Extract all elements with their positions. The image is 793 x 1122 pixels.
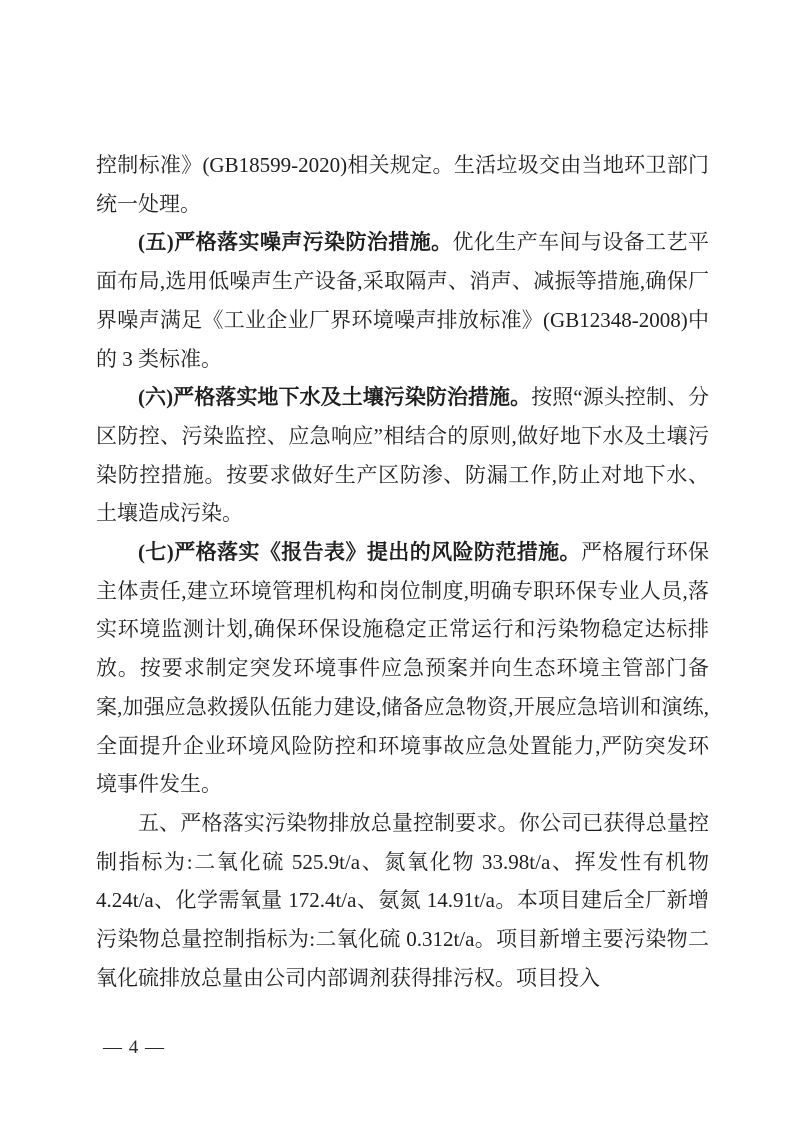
document-page: 控制标准》(GB18599-2020)相关规定。生活垃圾交由当地环卫部门统一处理… (0, 0, 793, 1122)
paragraph-section-5-total-emission-control: 五、严格落实污染物排放总量控制要求。你公司已获得总量控制指标为:二氧化硫 525… (96, 804, 709, 998)
paragraph-text: 五、严格落实污染物排放总量控制要求。你公司已获得总量控制指标为:二氧化硫 525… (96, 811, 709, 990)
paragraph-heading-text: (六)严格落实地下水及土壤污染防治措施。 (138, 385, 531, 409)
paragraph-heading-text: (五)严格落实噪声污染防治措施。 (138, 230, 453, 254)
paragraph-text: 严格履行环保主体责任,建立环境管理机构和岗位制度,明确专职环保专业人员,落实环境… (96, 540, 709, 796)
page-number: — 4 — (103, 1036, 165, 1060)
paragraph-item-6-groundwater-soil: (六)严格落实地下水及土壤污染防治措施。按照“源头控制、分区防控、污染监控、应急… (96, 378, 709, 533)
paragraph-item-7-risk-prevention: (七)严格落实《报告表》提出的风险防范措施。严格履行环保主体责任,建立环境管理机… (96, 533, 709, 804)
document-body: 控制标准》(GB18599-2020)相关规定。生活垃圾交由当地环卫部门统一处理… (96, 146, 709, 997)
paragraph-text: 控制标准》(GB18599-2020)相关规定。生活垃圾交由当地环卫部门统一处理… (96, 153, 709, 216)
paragraph-heading-text: (七)严格落实《报告表》提出的风险防范措施。 (138, 540, 581, 564)
paragraph-item-5-noise: (五)严格落实噪声污染防治措施。优化生产车间与设备工艺平面布局,选用低噪声生产设… (96, 223, 709, 378)
paragraph-continuation-solid-waste: 控制标准》(GB18599-2020)相关规定。生活垃圾交由当地环卫部门统一处理… (96, 146, 709, 223)
